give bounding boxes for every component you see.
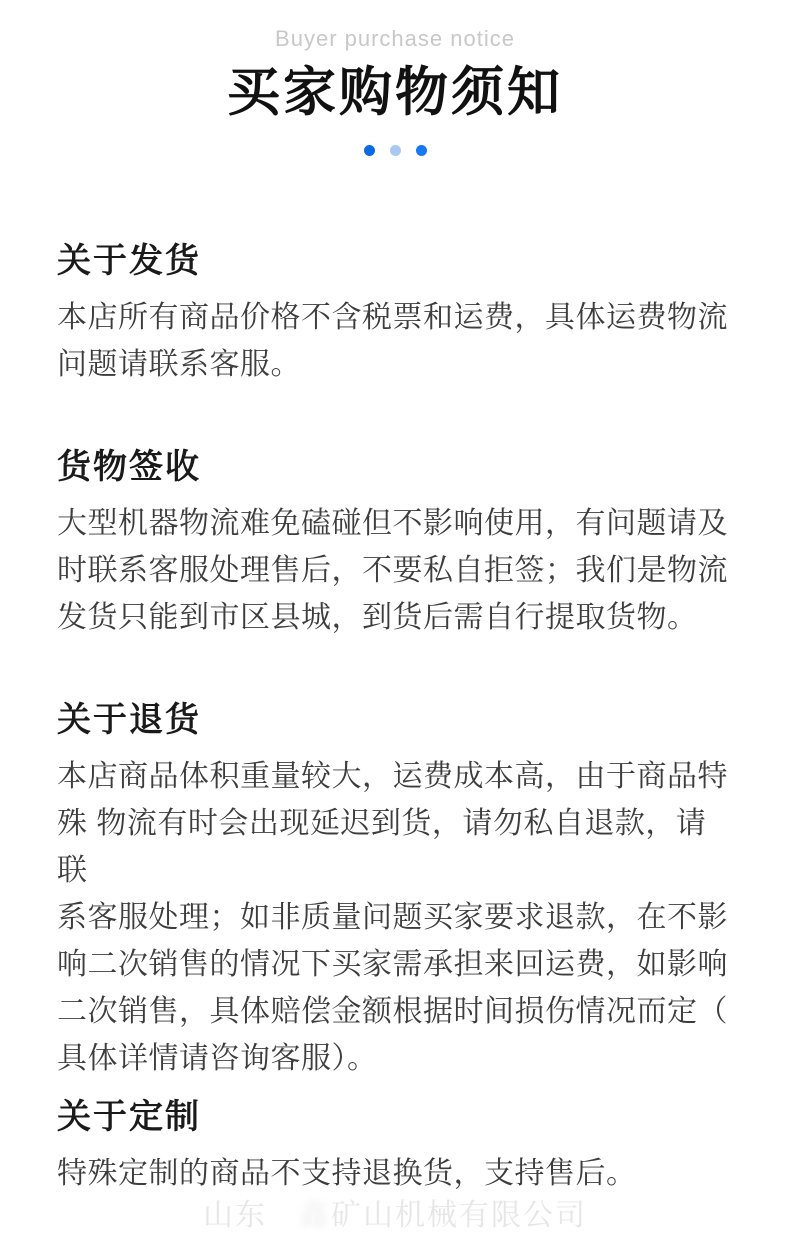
buyer-notice-page: Buyer purchase notice 买家购物须知 关于发货 本店所有商品… — [0, 0, 790, 1248]
section-customization: 关于定制 特殊定制的商品不支持退换货，支持售后。 — [57, 1096, 733, 1197]
section-heading: 关于退货 — [57, 699, 733, 741]
page-header: Buyer purchase notice 买家购物须知 — [0, 0, 790, 156]
dot-icon — [390, 145, 401, 156]
section-returns: 关于退货 本店商品体积重量较大，运费成本高，由于商品特 殊 物流有时会出现延迟到… — [57, 699, 733, 1082]
section-body: 本店所有商品价格不含税票和运费，具体运费物流 问题请联系客服。 — [57, 294, 733, 388]
section-goods-receipt: 货物签收 大型机器物流难免磕碰但不影响使用，有问题请及 时联系客服处理售后，不要… — [57, 446, 733, 641]
english-subtitle: Buyer purchase notice — [0, 26, 790, 52]
section-heading: 货物签收 — [57, 446, 733, 488]
section-body: 本店商品体积重量较大，运费成本高，由于商品特 殊 物流有时会出现延迟到货，请勿私… — [57, 753, 733, 1082]
notice-content: 关于发货 本店所有商品价格不含税票和运费，具体运费物流 问题请联系客服。 货物签… — [0, 240, 790, 1197]
section-heading: 关于定制 — [57, 1096, 733, 1138]
dot-icon — [364, 145, 375, 156]
dot-icon — [416, 145, 427, 156]
company-name-prefix: 山东 — [203, 1199, 267, 1232]
page-title: 买家购物须知 — [0, 62, 790, 123]
company-name-suffix: 矿山机械有限公司 — [331, 1199, 587, 1232]
section-shipping: 关于发货 本店所有商品价格不含税票和运费，具体运费物流 问题请联系客服。 — [57, 240, 733, 388]
pagination-dots — [0, 145, 790, 156]
section-body: 大型机器物流难免磕碰但不影响使用，有问题请及 时联系客服处理售后，不要私自拒签；… — [57, 500, 733, 641]
company-watermark: 山东鑫矿山机械有限公司 — [0, 1198, 790, 1234]
section-body: 特殊定制的商品不支持退换货，支持售后。 — [57, 1150, 733, 1197]
company-name-obscured: 鑫 — [267, 1198, 331, 1234]
section-heading: 关于发货 — [57, 240, 733, 282]
